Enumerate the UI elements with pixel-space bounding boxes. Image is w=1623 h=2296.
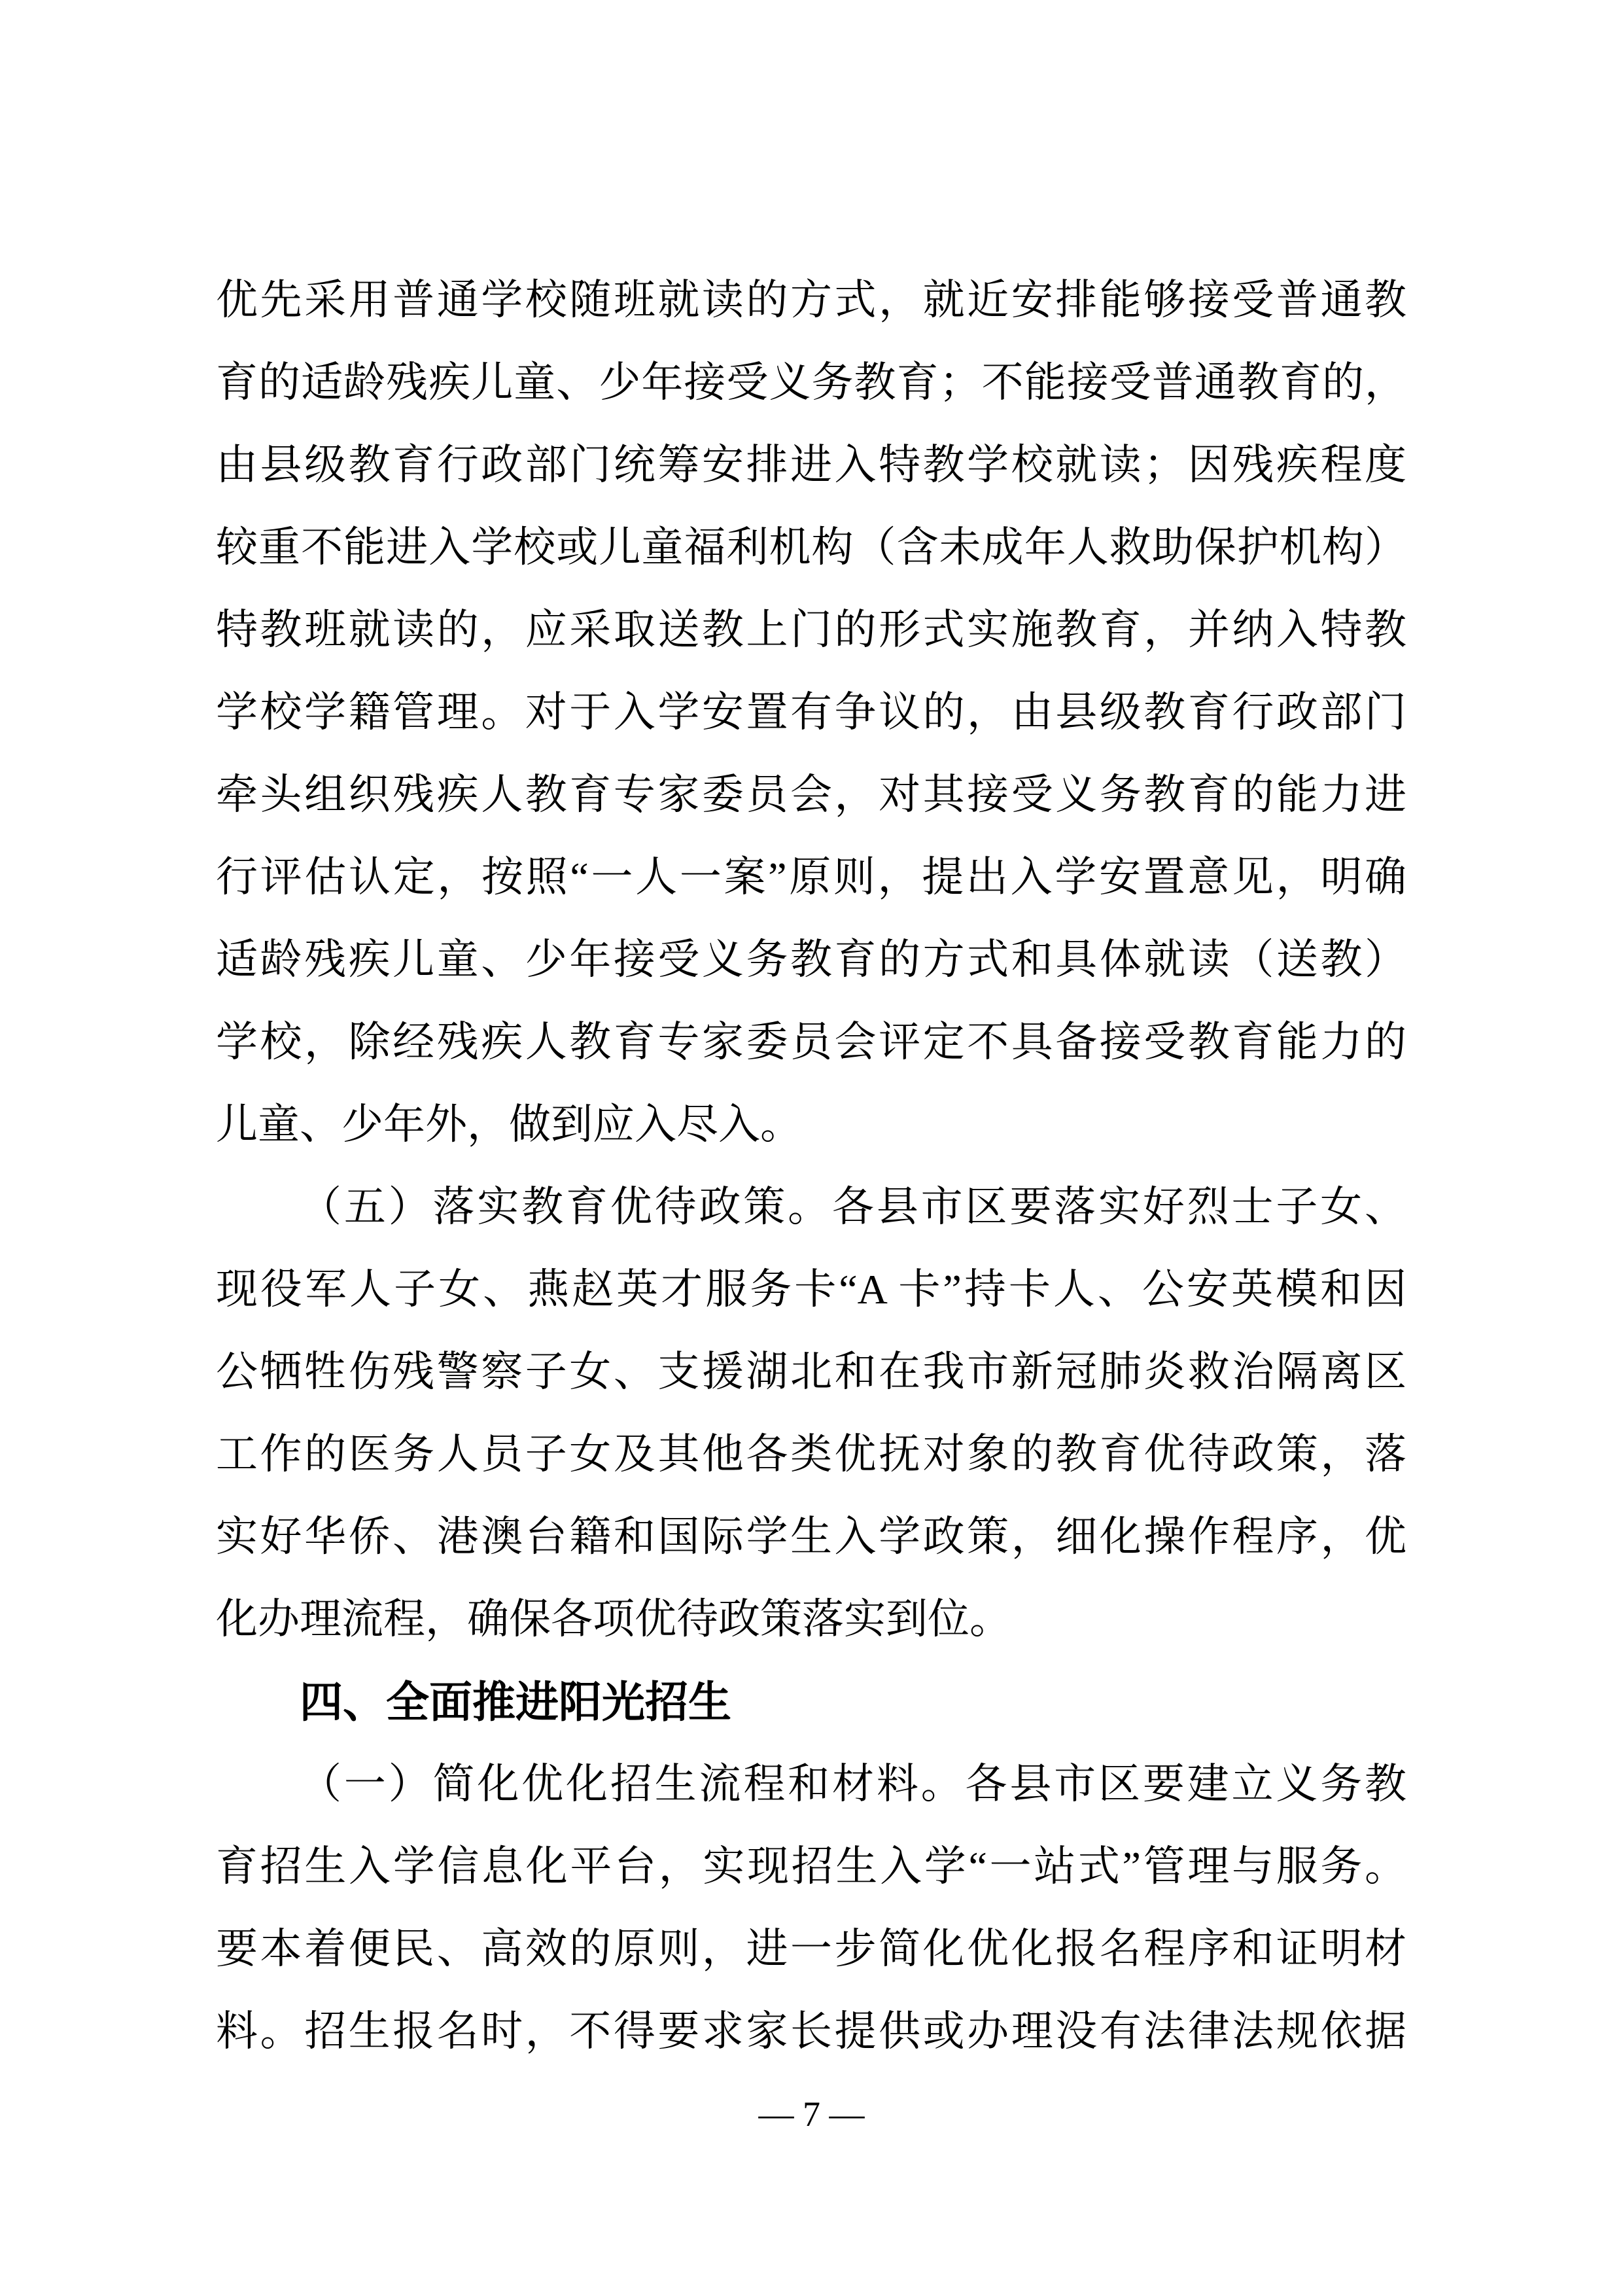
text-line: 较重不能进入学校或儿童福利机构（含未成年人救助保护机构） [216,506,1406,589]
text-line: 公牺牲伤残警察子女、支援湖北和在我市新冠肺炎救治隔离区 [216,1331,1406,1413]
document-page: 优先采用普通学校随班就读的方式，就近安排能够接受普通教育的适龄残疾儿童、少年接受… [0,0,1623,2296]
text-line: 实好华侨、港澳台籍和国际学生入学政策，细化操作程序，优 [216,1496,1406,1578]
text-line: 要本着便民、高效的原则，进一步简化优化报名程序和证明材 [216,1908,1406,1990]
text-line: 优先采用普通学校随班就读的方式，就近安排能够接受普通教 [216,259,1406,342]
text-line: （一）简化优化招生流程和材料。各县市区要建立义务教 [216,1743,1406,1826]
text-line: 育的适龄残疾儿童、少年接受义务教育；不能接受普通教育的， [216,342,1406,424]
paragraph-lead: （五）落实教育优待政策。 [300,1184,832,1230]
page-footer: — 7 — [0,2091,1623,2137]
text-line: 育招生入学信息化平台，实现招生入学“一站式”管理与服务。 [216,1826,1406,1908]
page-number: — 7 — [759,2094,865,2134]
text-line: 料。招生报名时，不得要求家长提供或办理没有法律法规依据 [216,1990,1406,2073]
paragraph-text: 各县市区要建立义务教 [966,1761,1407,1807]
section-heading: 四、全面推进阳光招生 [216,1661,1406,1743]
text-block: 优先采用普通学校随班就读的方式，就近安排能够接受普通教育的适龄残疾儿童、少年接受… [216,259,1406,2073]
text-line: 适龄残疾儿童、少年接受义务教育的方式和具体就读（送教） [216,919,1406,1001]
text-line: 特教班就读的，应采取送教上门的形式实施教育，并纳入特教 [216,589,1406,671]
text-line: 牵头组织残疾人教育专家委员会，对其接受义务教育的能力进 [216,754,1406,836]
text-line: 化办理流程，确保各项优待政策落实到位。 [216,1578,1406,1661]
text-line: 儿童、少年外，做到应入尽入。 [216,1084,1406,1166]
text-line: （五）落实教育优待政策。各县市区要落实好烈士子女、 [216,1166,1406,1248]
paragraph-text: 各县市区要落实好烈士子女、 [832,1184,1406,1230]
text-line: 工作的医务人员子女及其他各类优抚对象的教育优待政策，落 [216,1413,1406,1496]
text-line: 由县级教育行政部门统筹安排进入特教学校就读；因残疾程度 [216,424,1406,506]
paragraph-lead: （一）简化优化招生流程和材料。 [300,1761,966,1807]
text-line: 现役军人子女、燕赵英才服务卡“A 卡”持卡人、公安英模和因 [216,1248,1406,1331]
text-line: 学校，除经残疾人教育专家委员会评定不具备接受教育能力的 [216,1001,1406,1084]
text-line: 行评估认定，按照“一人一案”原则，提出入学安置意见，明确 [216,836,1406,919]
text-line: 学校学籍管理。对于入学安置有争议的，由县级教育行政部门 [216,671,1406,754]
